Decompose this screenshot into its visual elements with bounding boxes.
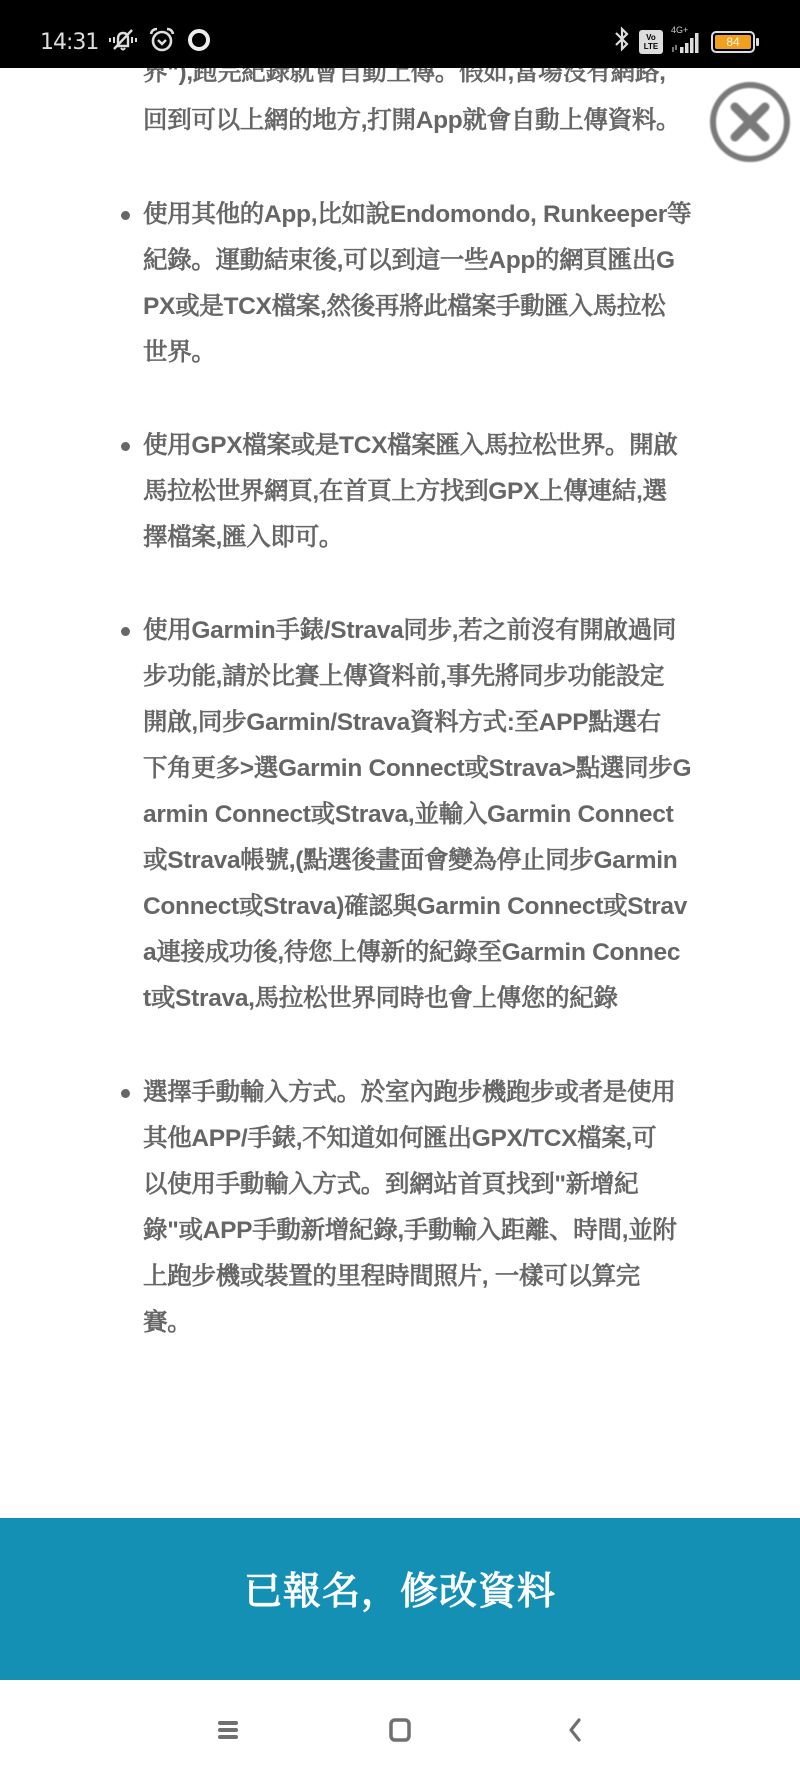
list-item-line: PX或是TCX檔案,然後再將此檔案手動匯入馬拉松: [143, 284, 743, 330]
list-item-line: 紀錄。運動結束後,可以到這一些App的網頁匯出G: [143, 238, 743, 284]
list-item-line: armin Connect或Strava,並輸入Garmin Connect: [143, 792, 743, 838]
list-item-line: a連接成功後,待您上傳新的紀錄至Garmin Connec: [143, 930, 743, 976]
circle-notification-icon: [186, 27, 212, 58]
system-nav-bar: [0, 1680, 800, 1777]
home-square-icon: [388, 1718, 412, 1742]
menu-lines-icon: [216, 1718, 240, 1742]
list-item-line: 開啟,同步Garmin/Strava資料方式:至APP點選右: [143, 700, 743, 746]
back-chevron-icon: [563, 1717, 587, 1743]
list-item-line: 步功能,請於比賽上傳資料前,事先將同步功能設定: [143, 654, 743, 700]
status-bar: 14:31: [0, 0, 800, 68]
list-item-line: 以使用手動輸入方式。到網站首頁找到"新增紀: [143, 1162, 743, 1208]
bullet-dot: [121, 627, 130, 636]
list-item-line: 上跑步機或裝置的里程時間照片, 一樣可以算完: [143, 1254, 743, 1300]
list-item-line: 使用Garmin手錶/Strava同步,若之前沒有開啟過同: [143, 608, 743, 654]
bullet-dot: [121, 1089, 130, 1098]
clock: 14:31: [40, 30, 98, 55]
list-item-line: 其他APP/手錶,不知道如何匯出GPX/TCX檔案,可: [143, 1116, 743, 1162]
bullet-dot: [121, 442, 130, 451]
edit-registration-label: 已報名，修改資料: [244, 1560, 556, 1615]
close-button[interactable]: [708, 80, 792, 164]
list-item-line: Connect或Strava)確認與Garmin Connect或Strav: [143, 884, 743, 930]
bluetooth-icon: [613, 26, 631, 57]
list-item-line: 賽。: [143, 1300, 743, 1346]
intro-line: 回到可以上網的地方,打開App就會自動上傳資料。: [143, 98, 743, 144]
list-item-line: 錄"或APP手動新增紀錄,手動輸入距離、時間,並附: [143, 1208, 743, 1254]
recents-button[interactable]: [206, 1710, 250, 1750]
volte-icon: Vo LTE: [639, 30, 663, 54]
list-item-line: 選擇手動輸入方式。於室內跑步機跑步或者是使用: [143, 1070, 743, 1116]
list-item-line: 擇檔案,匯入即可。: [143, 515, 743, 561]
battery-level: 84: [715, 35, 751, 49]
list-item-line: 或Strava帳號,(點選後畫面會變為停止同步Garmin: [143, 838, 743, 884]
list-item-line: 使用GPX檔案或是TCX檔案匯入馬拉松世界。開啟: [143, 423, 743, 469]
back-button[interactable]: [553, 1710, 597, 1750]
edit-registration-button[interactable]: 已報名，修改資料: [0, 1518, 800, 1680]
list-item-line: 世界。: [143, 330, 743, 376]
list-item-line: 下角更多>選Garmin Connect或Strava>點選同步G: [143, 746, 743, 792]
status-right: Vo LTE 4G+ 84: [613, 26, 755, 57]
list-item-line: 使用其他的App,比如說Endomondo, Runkeeper等: [143, 192, 743, 238]
list-item-line: t或Strava,馬拉松世界同時也會上傳您的紀錄: [143, 976, 743, 1022]
close-circle-icon: [708, 80, 792, 164]
bullet-dot: [121, 211, 130, 220]
list-item-line: 馬拉松世界網頁,在首頁上方找到GPX上傳連結,選: [143, 469, 743, 515]
alarm-icon: [148, 26, 176, 59]
status-left: 14:31: [40, 26, 212, 59]
home-button[interactable]: [378, 1710, 422, 1750]
signal-4g-plus-icon: 4G+: [671, 29, 703, 55]
battery-icon: 84: [711, 31, 755, 53]
vibrate-silent-icon: [108, 27, 138, 58]
